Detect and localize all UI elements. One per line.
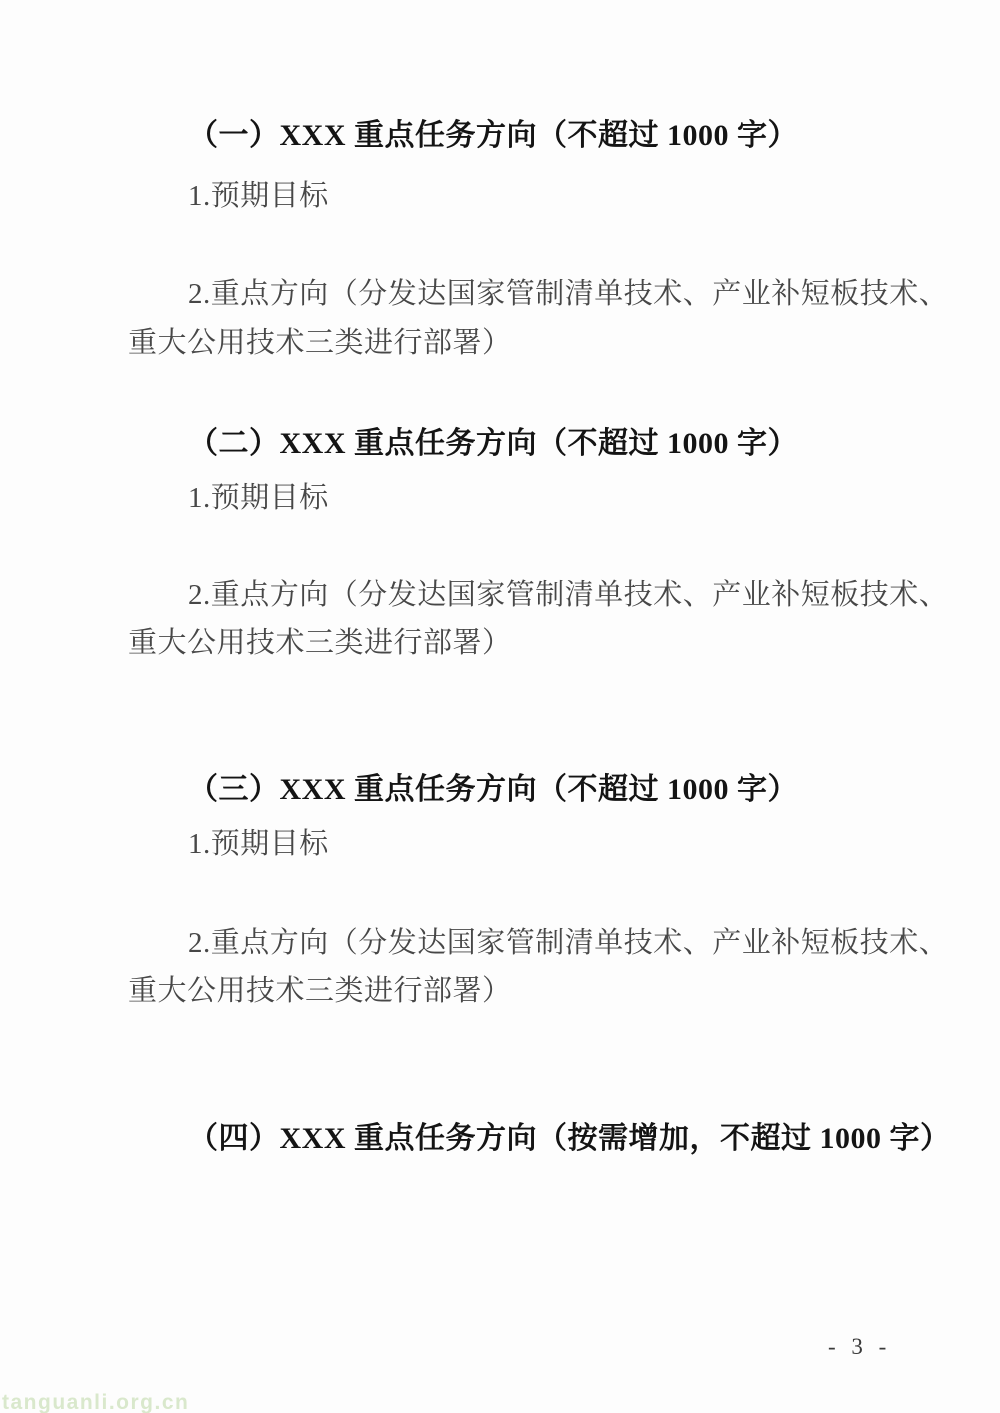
watermark: tanguanli.org.cn xyxy=(2,1391,189,1413)
section-1-key-direction-line2: 重大公用技术三类进行部署） xyxy=(128,325,512,361)
section-1-heading: （一）XXX 重点任务方向（不超过 1000 字） xyxy=(188,118,798,154)
section-3-key-direction-line2: 重大公用技术三类进行部署） xyxy=(128,973,512,1009)
section-1-expected-goal: 1.预期目标 xyxy=(188,178,329,214)
page-number: - 3 - xyxy=(828,1334,891,1360)
section-2: （二）XXX 重点任务方向（不超过 1000 字） 1.预期目标 2.重点方向（… xyxy=(0,0,1000,1413)
section-2-key-direction-line1: 2.重点方向（分发达国家管制清单技术、产业补短板技术、 xyxy=(188,577,948,613)
section-2-key-direction-line2: 重大公用技术三类进行部署） xyxy=(128,625,512,661)
section-4-heading: （四）XXX 重点任务方向（按需增加，不超过 1000 字） xyxy=(188,1121,951,1157)
section-3: （三）XXX 重点任务方向（不超过 1000 字） 1.预期目标 2.重点方向（… xyxy=(0,0,1000,1413)
section-3-key-direction-line1: 2.重点方向（分发达国家管制清单技术、产业补短板技术、 xyxy=(188,925,948,961)
section-3-heading: （三）XXX 重点任务方向（不超过 1000 字） xyxy=(188,772,798,808)
section-3-expected-goal: 1.预期目标 xyxy=(188,826,329,862)
section-1-key-direction-line1: 2.重点方向（分发达国家管制清单技术、产业补短板技术、 xyxy=(188,276,948,312)
section-4: （四）XXX 重点任务方向（按需增加，不超过 1000 字） xyxy=(0,0,1000,1413)
document-page: （一）XXX 重点任务方向（不超过 1000 字） 1.预期目标 2.重点方向（… xyxy=(0,0,1000,1413)
section-1: （一）XXX 重点任务方向（不超过 1000 字） 1.预期目标 2.重点方向（… xyxy=(0,0,1000,1413)
section-2-expected-goal: 1.预期目标 xyxy=(188,480,329,516)
section-2-heading: （二）XXX 重点任务方向（不超过 1000 字） xyxy=(188,426,798,462)
